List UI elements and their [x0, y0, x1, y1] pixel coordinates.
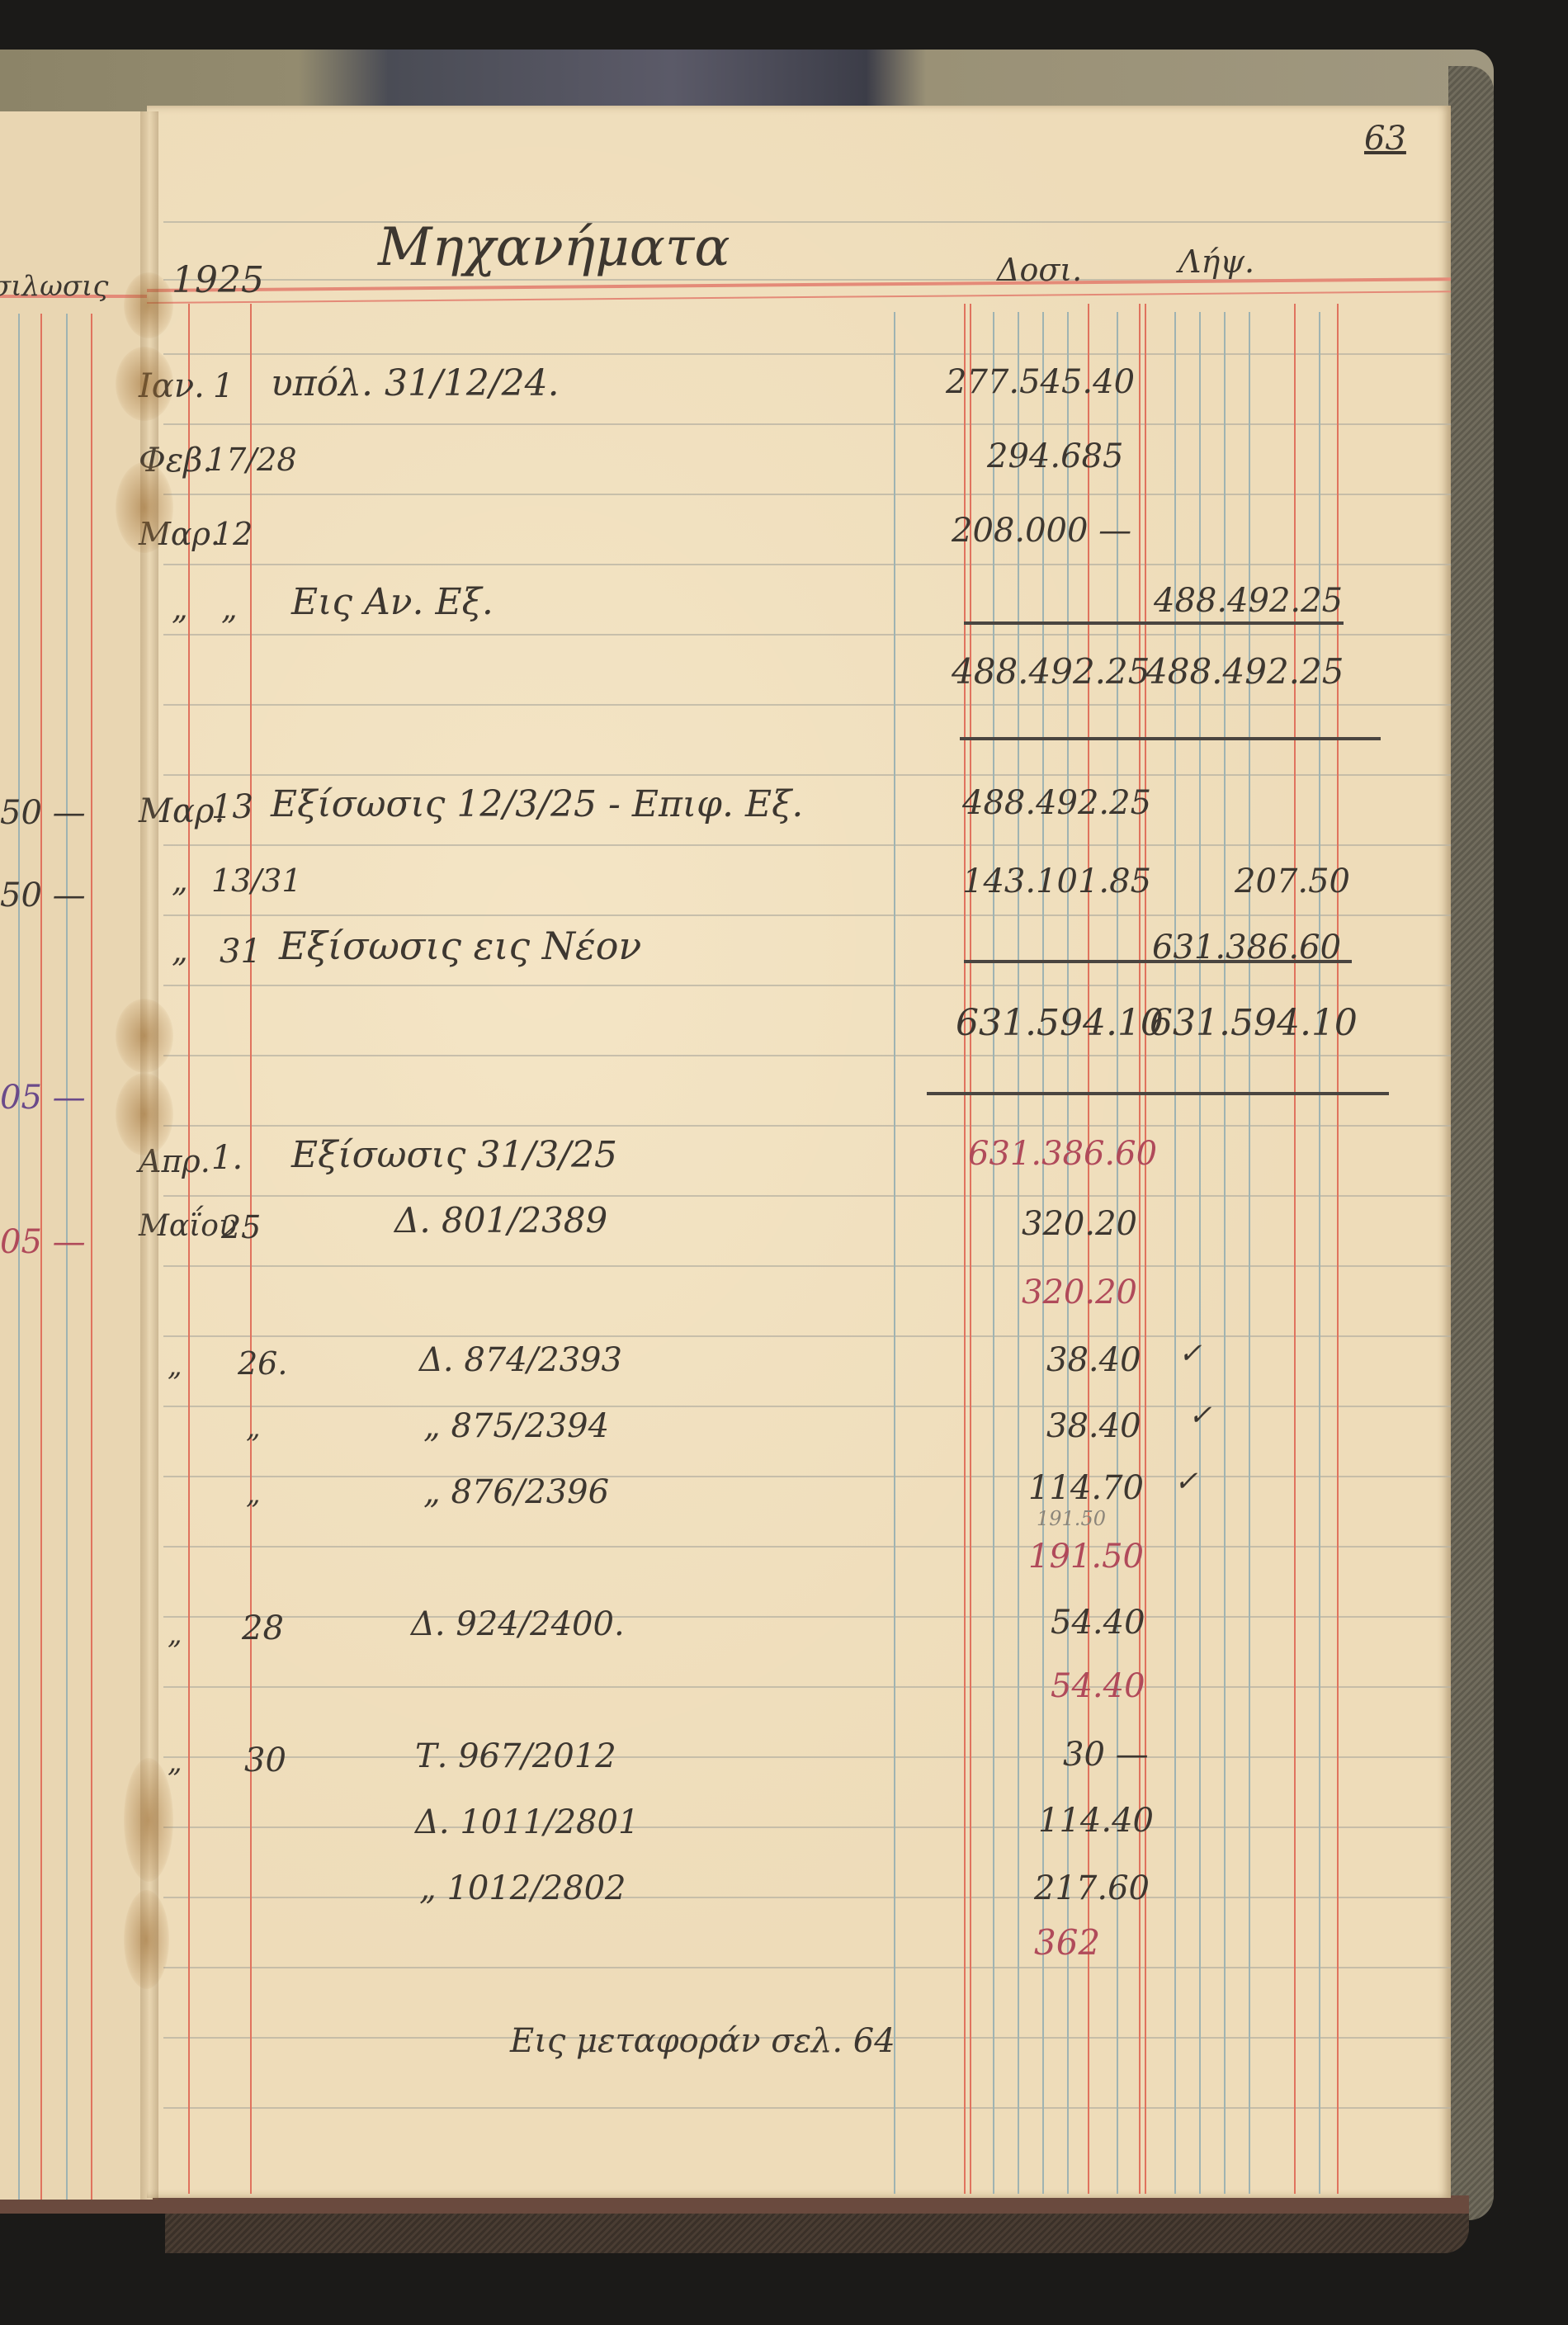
debit-column-line — [970, 304, 971, 2194]
page-stack-edge — [0, 2195, 1469, 2214]
left-page: σιλωσις 50 — 50 — 05 — 05 — — [0, 111, 153, 2200]
ruled-line — [163, 2107, 1451, 2109]
water-stain — [116, 1073, 173, 1155]
entry-description: Εξίσωσις 31/3/25 — [291, 1137, 617, 1174]
ruled-line — [163, 221, 1451, 223]
ref-column-line — [894, 312, 895, 2194]
entry-month: „ — [172, 935, 188, 966]
entry-description: Εις Αν. Εξ. — [291, 584, 494, 621]
column-line — [91, 314, 92, 2200]
entry-description: Δ. 874/2393 — [419, 1344, 622, 1377]
entry-description: Δ. 1011/2801 — [415, 1806, 639, 1839]
ruled-line — [163, 774, 1451, 776]
left-margin-value: 50 — — [0, 796, 86, 829]
entry-day: 30 — [244, 1744, 286, 1777]
left-margin-value: 05 — — [0, 1226, 86, 1259]
entry-description: „ 875/2394 — [423, 1410, 609, 1443]
ruled-line — [163, 494, 1451, 495]
credit-column-line — [1145, 304, 1146, 2194]
entry-credit-total: 488.492.25 — [1145, 654, 1344, 689]
ruled-line — [163, 844, 1451, 846]
entry-debit-total: 488.492.25 — [952, 654, 1150, 689]
pencil-subtotal: 191.50 — [1037, 1509, 1106, 1529]
entry-debit: 38.40 — [1046, 1410, 1141, 1443]
entry-day: „ — [246, 1414, 261, 1442]
ruled-line — [163, 353, 1451, 355]
ruled-line — [163, 564, 1451, 565]
water-stain — [124, 1890, 169, 1989]
water-stain — [116, 999, 173, 1073]
ruled-line — [163, 1335, 1451, 1337]
entry-debit: 30 — — [1063, 1738, 1149, 1771]
debit-header: Δοσι. — [997, 254, 1082, 286]
check-mark-icon: ✓ — [1178, 1340, 1202, 1368]
left-margin-value: 50 — — [0, 879, 86, 912]
ruled-line — [163, 1826, 1451, 1828]
entry-credit-total: 631.594.10 — [1150, 1005, 1358, 1042]
water-stain — [124, 1758, 173, 1882]
entry-debit: 631.386.60 — [968, 1137, 1157, 1170]
ruled-line — [163, 1967, 1451, 1968]
entry-debit-red: 320.20 — [1022, 1276, 1137, 1309]
entry-day: 28 — [242, 1612, 284, 1645]
entry-day: „ — [221, 593, 238, 624]
ruled-line — [163, 634, 1451, 636]
entry-description: Δ. 801/2389 — [394, 1203, 607, 1238]
entry-debit: 114.40 — [1038, 1804, 1154, 1837]
entry-credit: 631.386.60 — [1152, 931, 1341, 964]
entry-debit: 294.685 — [987, 440, 1123, 473]
ruled-line — [163, 1055, 1451, 1056]
carry-forward-note: Εις μεταφοράν σελ. 64 — [510, 2025, 895, 2058]
ruled-line — [163, 985, 1451, 986]
entry-debit: 277.545.40 — [946, 366, 1135, 399]
water-stain — [116, 462, 173, 553]
month-column-line — [188, 304, 190, 2194]
subtotal-rule — [964, 960, 1352, 963]
ruled-line — [163, 1265, 1451, 1267]
entry-description: „ 1012/2802 — [419, 1872, 626, 1905]
balance-rule — [960, 737, 1381, 740]
balance-rule — [927, 1092, 1389, 1095]
entry-day: 25 — [221, 1212, 261, 1243]
entry-description: Τ. 967/2012 — [415, 1740, 616, 1773]
digit-line — [1117, 312, 1118, 2194]
entry-debit: 320.20 — [1022, 1207, 1137, 1240]
entry-debit: 38.40 — [1046, 1344, 1141, 1377]
entry-month: „ — [168, 1620, 182, 1648]
entry-day: 13/31 — [211, 865, 302, 896]
entry-description: „ 876/2396 — [423, 1476, 609, 1509]
debit-column-line — [964, 304, 966, 2194]
ruled-line — [163, 1125, 1451, 1127]
entry-description: Εξίσωσις 12/3/25 - Επιφ. Εξ. — [271, 787, 803, 823]
entry-debit: 114.70 — [1028, 1472, 1144, 1505]
ruled-line — [163, 1546, 1451, 1548]
entry-debit: 208.000 — — [952, 514, 1131, 547]
ruled-line — [163, 1476, 1451, 1477]
ruled-line — [163, 1756, 1451, 1758]
credit-header: Λήψ. — [1178, 246, 1254, 277]
entry-description: Εξίσωσις εις Νέον — [279, 927, 641, 965]
entry-day: „ — [246, 1480, 261, 1508]
entry-day: 31 — [220, 935, 262, 968]
entry-description: υπόλ. 31/12/24. — [271, 366, 560, 402]
entry-day: 26. — [238, 1348, 287, 1379]
digit-line — [1067, 312, 1069, 2194]
entry-month: „ — [168, 1748, 182, 1776]
entry-debit-red: 362 — [1034, 1926, 1100, 1960]
ruled-line — [163, 1686, 1451, 1688]
header-rule — [147, 291, 1451, 304]
entry-day: 1 — [213, 370, 234, 403]
entry-month: „ — [172, 593, 188, 624]
entry-debit-red: 54.40 — [1051, 1670, 1145, 1703]
subtotal-rule — [964, 621, 1344, 625]
left-margin-value: 05 — — [0, 1081, 86, 1114]
credit-column-line — [1139, 304, 1141, 2194]
day-column-line — [250, 304, 252, 2194]
ruled-line — [163, 1897, 1451, 1898]
ruled-line — [163, 1406, 1451, 1407]
entry-description: Δ. 924/2400. — [411, 1608, 625, 1641]
entry-day: 13 — [211, 791, 253, 824]
entry-credit: 488.492.25 — [1154, 584, 1343, 617]
check-mark-icon: ✓ — [1174, 1467, 1198, 1496]
water-stain — [124, 272, 173, 338]
entry-debit: 217.60 — [1034, 1872, 1150, 1905]
water-stain — [116, 347, 173, 421]
entry-day: 12 — [213, 518, 253, 550]
ruled-line — [163, 1616, 1451, 1618]
ruled-line — [163, 1195, 1451, 1197]
entry-month: „ — [172, 865, 188, 896]
ruled-line — [163, 704, 1451, 706]
account-title: Μηχανήματα — [378, 221, 730, 274]
digit-line — [993, 312, 994, 2194]
entry-debit: 143.101.85 — [962, 865, 1151, 898]
page-number: 63 — [1364, 122, 1406, 155]
ledger-page: 63 Μηχανήματα 1925 Δοσι. Λήψ. Ιαν. 1 υπό… — [147, 106, 1451, 2198]
book-gutter — [140, 111, 158, 2200]
entry-debit-total: 631.594.10 — [956, 1005, 1164, 1042]
ruled-line — [163, 914, 1451, 916]
left-header-fragment: σιλωσις — [0, 272, 108, 300]
check-mark-icon: ✓ — [1188, 1401, 1212, 1429]
entry-debit-red: 191.50 — [1028, 1540, 1144, 1573]
book-cover-right-edge — [1448, 66, 1494, 2220]
year: 1925 — [172, 262, 264, 299]
entry-day: 1. — [211, 1141, 243, 1174]
entry-debit: 54.40 — [1051, 1606, 1145, 1639]
entry-debit: 488.492.25 — [962, 787, 1151, 820]
entry-day: 17/28 — [206, 444, 297, 475]
entry-credit: 207.50 — [1235, 865, 1350, 898]
entry-month: „ — [168, 1352, 182, 1380]
ruled-line — [163, 423, 1451, 425]
book-cover-bottom — [165, 2212, 1469, 2253]
digit-line — [1042, 312, 1044, 2194]
debit-cents-line — [1088, 304, 1089, 2194]
digit-line — [1018, 312, 1019, 2194]
